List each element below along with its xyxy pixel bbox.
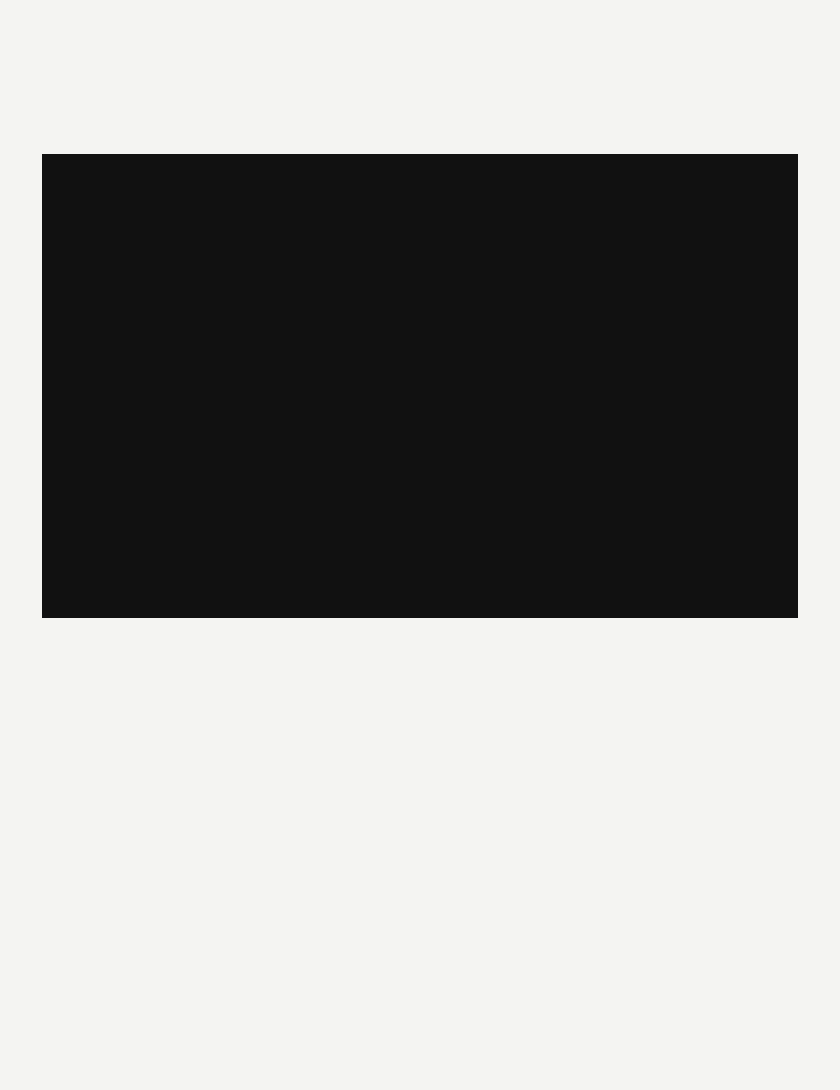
paragraph-process-marks [56, 793, 73, 1033]
figure-process-mark-panes [42, 154, 798, 618]
